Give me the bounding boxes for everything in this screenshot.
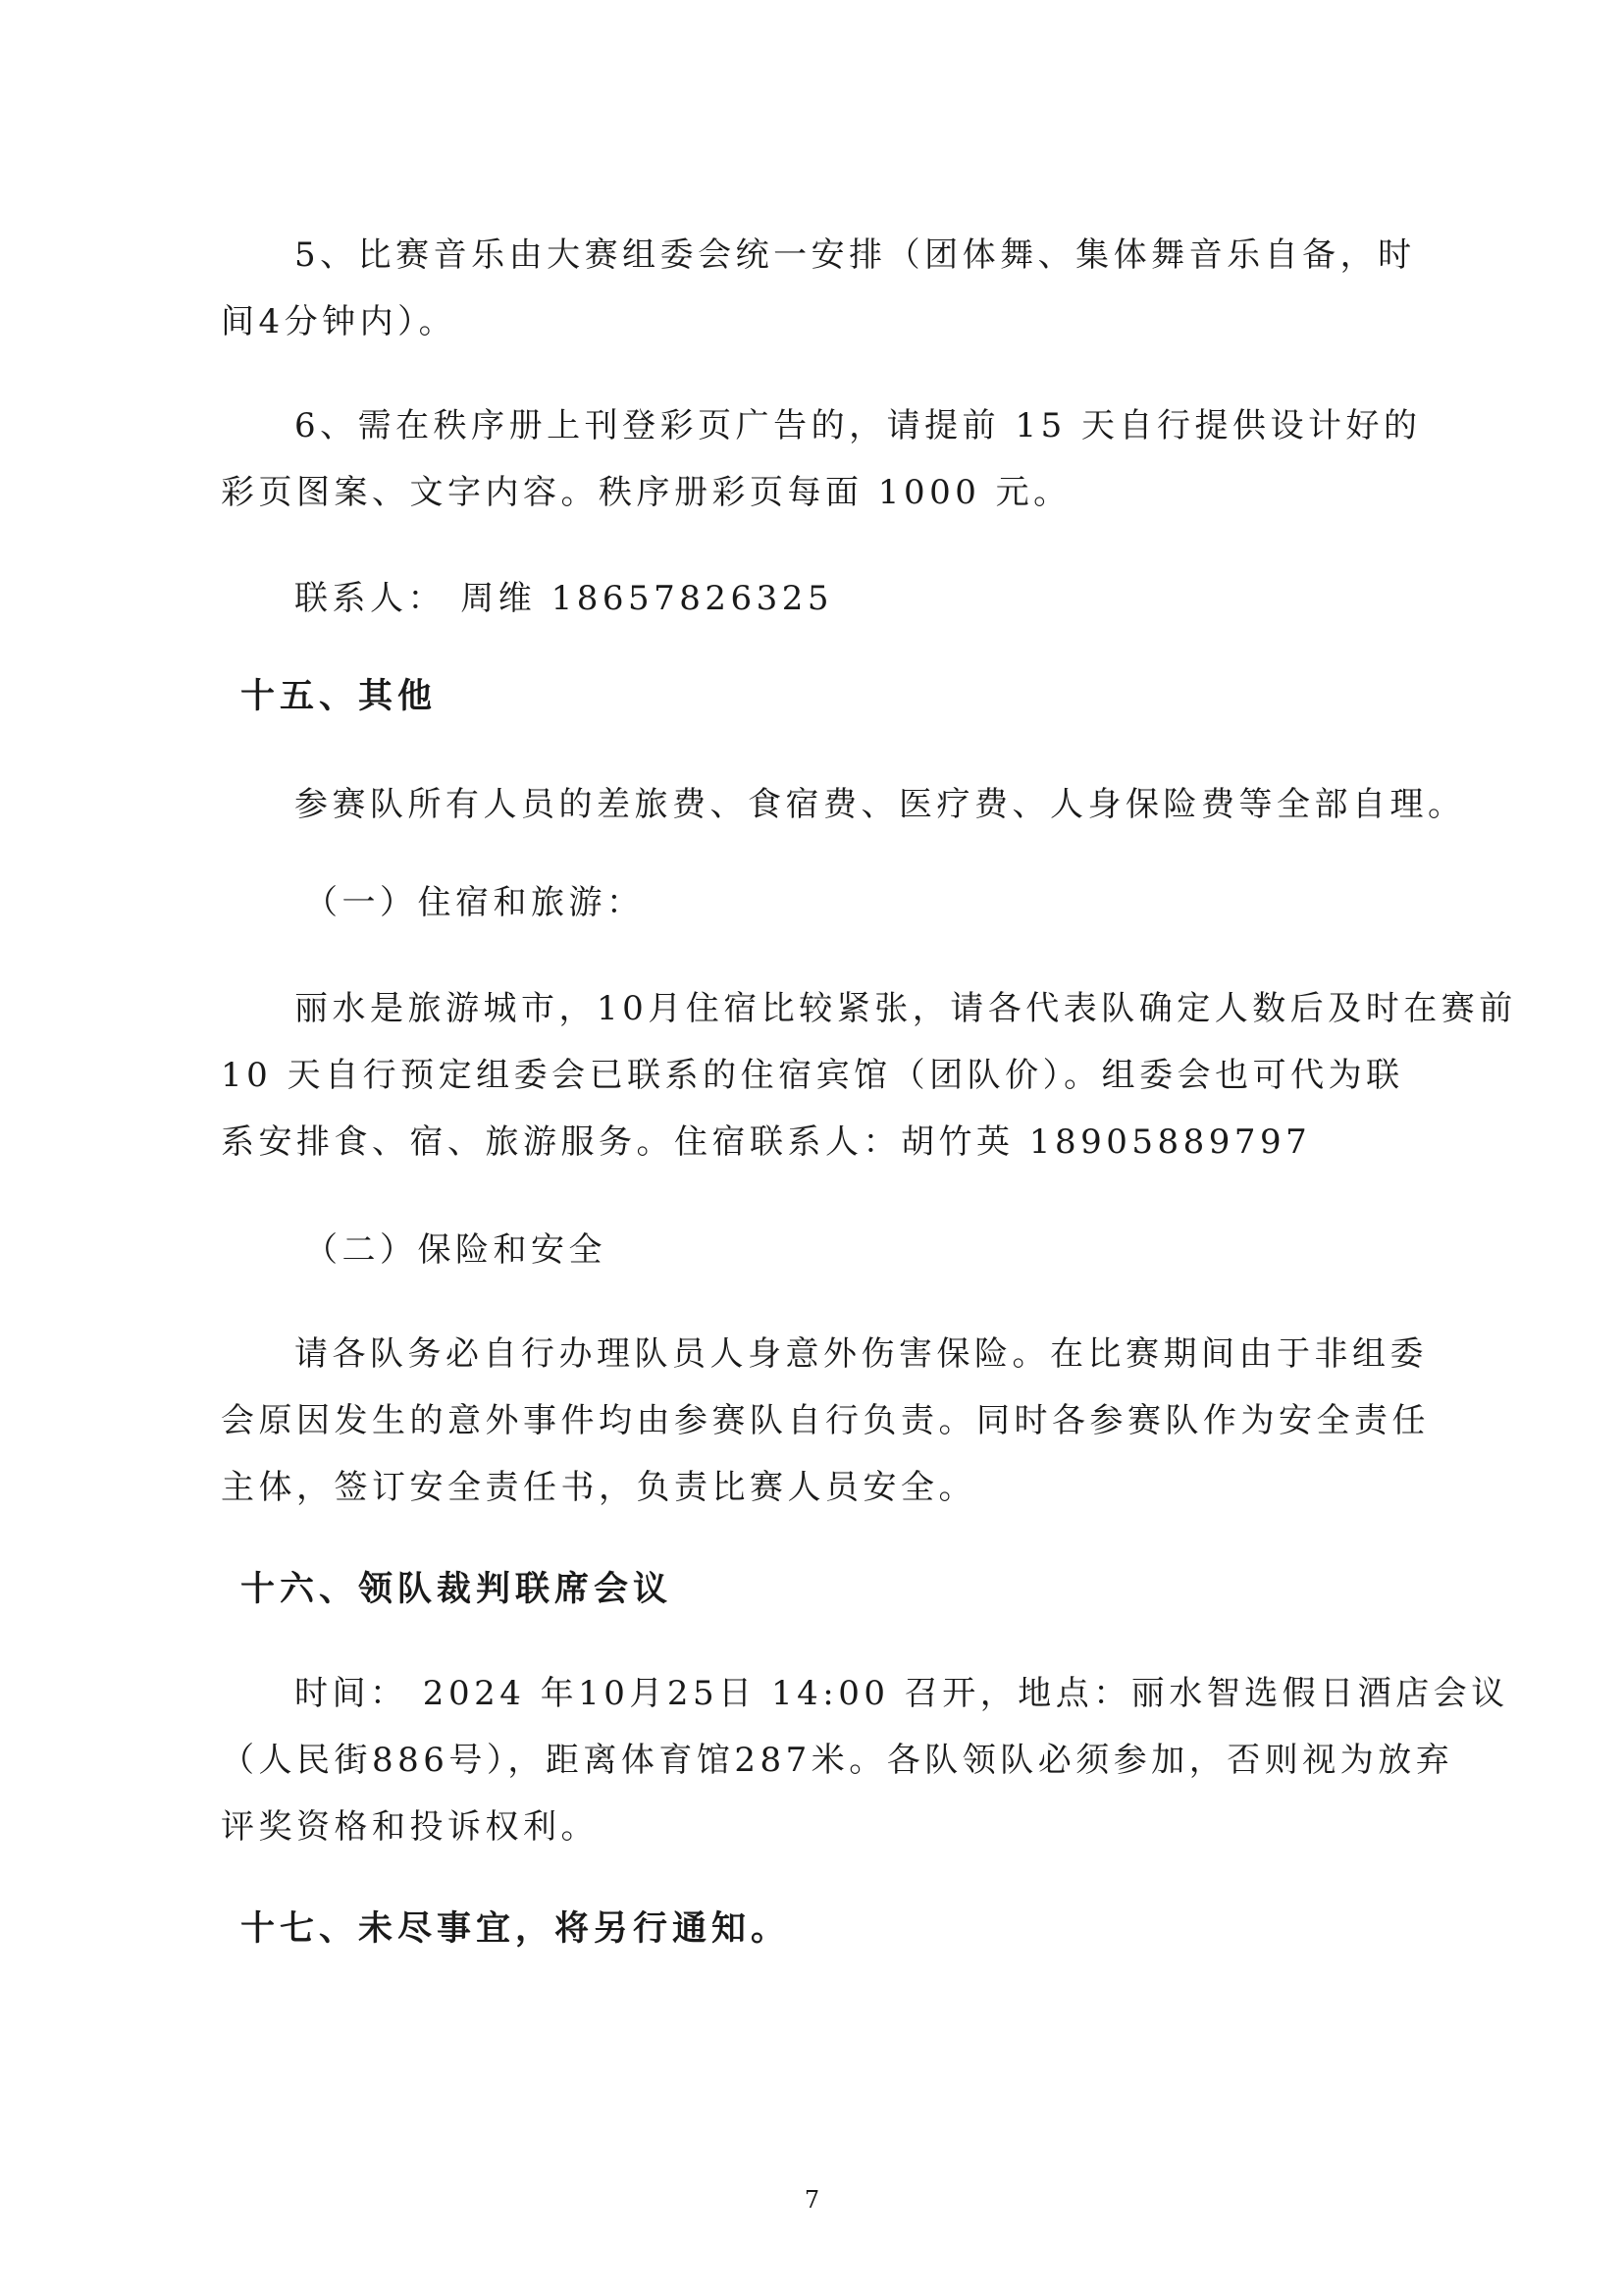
section-15-intro: 参赛队所有人员的差旅费、食宿费、医疗费、人身保险费等全部自理。 xyxy=(294,785,1466,824)
item-5-line-1: 5、比赛音乐由大赛组委会统一安排（团体舞、集体舞音乐自备，时 xyxy=(294,235,1416,275)
subsection-1-title: （一）住宿和旅游： xyxy=(304,883,645,922)
page-number: 7 xyxy=(0,2186,1624,2214)
document-page: 5、比赛音乐由大赛组委会统一安排（团体舞、集体舞音乐自备，时 间4分钟内）。 6… xyxy=(0,0,1624,2295)
subsection-2-line-3: 主体，签订安全责任书，负责比赛人员安全。 xyxy=(221,1468,976,1507)
item-5-line-2: 间4分钟内）。 xyxy=(221,302,456,341)
subsection-1-line-1: 丽水是旅游城市，10月住宿比较紧张，请各代表队确定人数后及时在赛前 xyxy=(294,989,1517,1028)
section-16-line-3: 评奖资格和投诉权利。 xyxy=(221,1807,599,1847)
subsection-2-title: （二）保险和安全 xyxy=(304,1230,606,1270)
section-16-heading: 十六、领队裁判联席会议 xyxy=(240,1570,672,1609)
subsection-2-line-1: 请各队务必自行办理队员人身意外伤害保险。在比赛期间由于非组委 xyxy=(294,1334,1428,1374)
section-15-heading: 十五、其他 xyxy=(240,677,437,716)
subsection-2-line-2: 会原因发生的意外事件均由参赛队自行负责。同时各参赛队作为安全责任 xyxy=(221,1401,1430,1440)
item-6-line-1: 6、需在秩序册上刊登彩页广告的，请提前 15 天自行提供设计好的 xyxy=(294,406,1422,445)
subsection-1-line-3: 系安排食、宿、旅游服务。住宿联系人：胡竹英 18905889797 xyxy=(221,1122,1311,1162)
subsection-1-line-2: 10 天自行预定组委会已联系的住宿宾馆（团队价）。组委会也可代为联 xyxy=(221,1056,1404,1095)
item-6-line-2: 彩页图案、文字内容。秩序册彩页每面 1000 元。 xyxy=(221,473,1072,512)
section-16-line-1: 时间： 2024 年10月25日 14:00 召开，地点：丽水智选假日酒店会议 xyxy=(294,1674,1509,1713)
section-16-line-2: （人民街886号），距离体育馆287米。各队领队必须参加，否则视为放弃 xyxy=(221,1741,1453,1780)
section-17-heading: 十七、未尽事宜，将另行通知。 xyxy=(240,1909,790,1949)
contact-line: 联系人： 周维 18657826325 xyxy=(294,579,833,618)
